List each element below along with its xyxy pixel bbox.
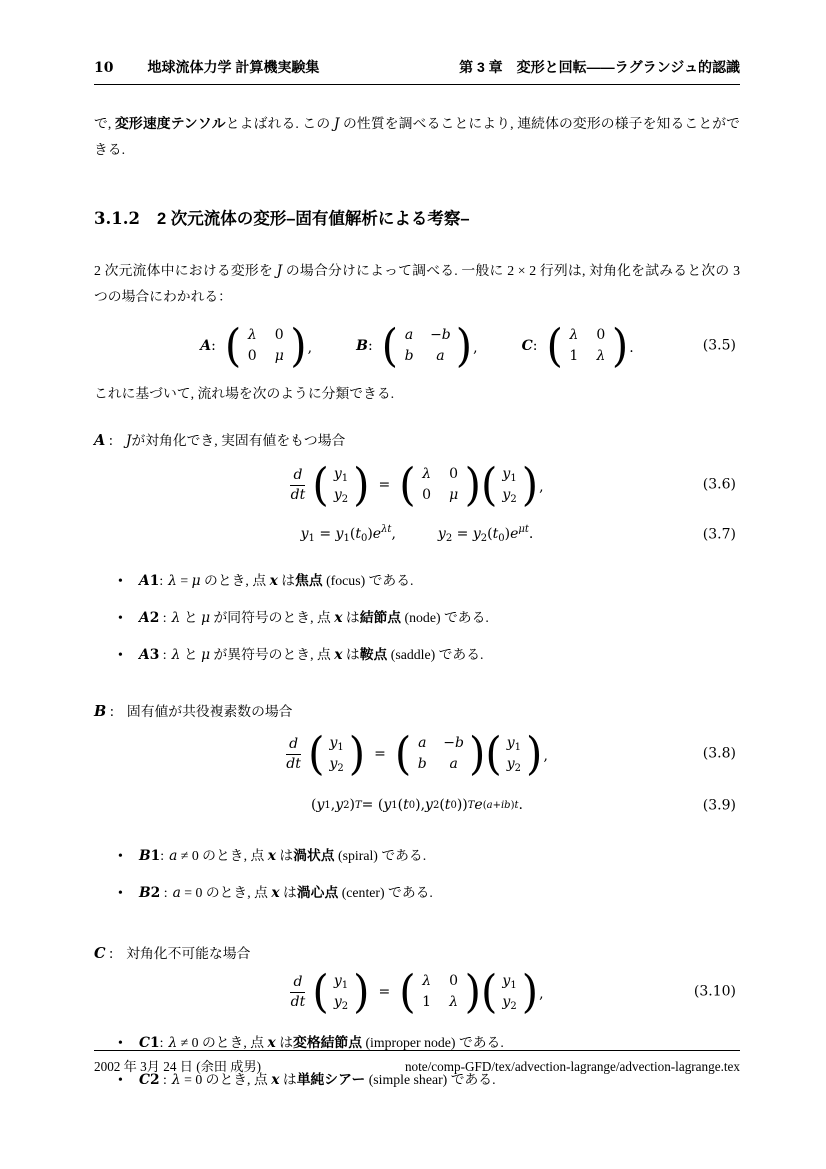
left-paren: ( [481,970,497,1015]
left-paren: ( [308,732,324,777]
equation-3-8: d dt ( y1 y2 ) = ( a −b b a ) [94,733,740,775]
bullet-text: λ と μ が異符号のとき, 点 x は鞍点 (saddle) である. [172,647,484,662]
matrix-cell: a [430,348,451,365]
vector-cell: y1 [502,466,516,483]
right-paren: ) [465,970,481,1015]
time-derivative: d dt [286,736,301,773]
time-derivative: d dt [290,974,305,1011]
left-paren: ( [395,732,411,777]
bullet-label: A1: [139,573,163,588]
right-paren: ) [353,970,369,1015]
matrix-label: C: [522,334,538,359]
matrix-cell: 0 [273,327,285,344]
state-vector: ( y1 y2 ) [312,464,369,506]
case-a-label: A : [94,433,113,449]
matrix-cell: b [416,756,428,773]
matrix-cell: 0 [448,466,460,483]
coefficient-matrix: ( λ 0 0 μ ) [399,464,481,506]
state-vector: ( y1 y2 ) [308,733,365,775]
matrix-case-b: B: ( a −b b a ) , [356,325,478,367]
state-vector: ( y1 y2 ) [481,971,538,1013]
matrix-cell: 1 [568,348,580,365]
matrix-case-a: A: ( λ 0 0 μ ) , [200,325,312,367]
vector-cells: y1 y2 [502,973,516,1011]
bullet-list-b: • B1:a ≠ 0 のとき, 点 x は渦状点 (spiral) である. •… [94,844,740,905]
bullet-marker: • [118,844,139,868]
case-c-description: 対角化不可能な場合 [126,946,250,961]
matrix-cell: 0 [595,327,607,344]
left-paren: ( [312,970,328,1015]
equation-3-7: y1 = y1(t0)eλt, y2 = y2(t0)eμt. (3.7) [94,522,740,547]
matrix-cell: a [416,735,428,752]
right-paren: ) [349,732,365,777]
equation-number: (3.10) [694,980,736,1005]
page-header: 10 地球流体力学 計算機実験集 第 3 章 変形と回転——ラグランジュ的認識 [94,58,740,77]
matrix-cell: λ [568,327,580,344]
matrix-cell: a [403,327,415,344]
equation-body: y1 = y1(t0)eλt, y2 = y2(t0)eμt. [301,522,534,547]
right-paren: ) [469,732,485,777]
bullet-marker: • [118,569,139,593]
punctuation: , [539,982,543,1013]
state-vector: ( y1 y2 ) [485,733,542,775]
matrix-cell: −b [443,735,464,752]
case-a-description: Jが対角化でき, 実固有値をもつ場合 [126,433,345,448]
matrix-cells: λ 0 0 μ [421,466,460,504]
vector-cells: y1 y2 [334,466,348,504]
matrix-cells: a −b b a [416,735,464,773]
equation-3-10: d dt ( y1 y2 ) = ( λ 0 1 λ ) [94,971,740,1013]
matrix-cell: 0 [448,973,460,990]
equation-number: (3.9) [703,793,736,818]
fraction-denominator: dt [291,993,306,1011]
equation-number: (3.6) [703,473,736,498]
bullet-text: λ = μ のとき, 点 x は焦点 (focus) である. [168,573,413,588]
equation-body: (y1, y2)T = (y1(t0), y2(t0))Te(a+ib)t. [311,793,523,818]
right-paren: ) [522,463,538,508]
equation-body: A: ( λ 0 0 μ ) , B: ( [200,325,633,367]
vector-cell: y2 [502,487,516,504]
right-paren: ) [612,324,628,369]
matrix-cell: λ [421,466,433,483]
vector-cell: y2 [334,487,348,504]
state-vector: ( y1 y2 ) [481,464,538,506]
matrix-cell: λ [595,348,607,365]
bullet-label: A3 : [139,647,167,662]
bullet-item-b1: • B1:a ≠ 0 のとき, 点 x は渦状点 (spiral) である. [94,844,740,868]
header-rule [94,84,740,85]
equation-number: (3.5) [703,334,736,359]
matrix-cell: μ [448,487,460,504]
classification-paragraph: 2 次元流体中における変形を J の場合分けによって調べる. 一般に 2 × 2… [94,258,740,309]
vector-cell: y2 [329,756,343,773]
section-number: 3.1.2 [94,206,140,231]
state-vector: ( y1 y2 ) [312,971,369,1013]
matrix-cell: λ [246,327,258,344]
matrix-cell: λ [448,994,460,1011]
vector-cell: y2 [502,994,516,1011]
fraction-denominator: dt [286,755,301,773]
vector-cell: y1 [507,735,521,752]
footer-file-path: note/comp-GFD/tex/advection-lagrange/adv… [405,1058,740,1076]
matrix-cell: b [403,348,415,365]
solution-y1: y1 = y1(t0)eλt, [301,522,396,547]
bullet-item-a3: • A3 :λ と μ が異符号のとき, 点 x は鞍点 (saddle) であ… [94,643,740,667]
footer-date: 2002 年 3月 24 日 (余田 成男) [94,1058,261,1076]
matrix: ( a −b b a ) [382,325,472,367]
matrix-cell: 1 [421,994,433,1011]
equation-body: d dt ( y1 y2 ) = ( λ 0 1 λ ) [290,971,543,1013]
bullet-list-a: • A1:λ = μ のとき, 点 x は焦点 (focus) である. • A… [94,569,740,667]
document-page: 10 地球流体力学 計算機実験集 第 3 章 変形と回転——ラグランジュ的認識 … [0,0,826,1169]
punctuation: , [543,744,547,775]
coefficient-matrix: ( λ 0 1 λ ) [399,971,481,1013]
solution-y2: y2 = y2(t0)eμt. [438,522,533,547]
matrix-cell: 0 [421,487,433,504]
bullet-item-a1: • A1:λ = μ のとき, 点 x は焦点 (focus) である. [94,569,740,593]
equals-sign: = [379,473,391,498]
vector-cell: y1 [334,466,348,483]
bullet-label: B1: [139,848,164,863]
matrix: ( λ 0 0 μ ) [225,325,307,367]
right-paren: ) [526,732,542,777]
case-b-heading: B :固有値が共役複素数の場合 [94,699,740,725]
bullet-text: a = 0 のとき, 点 x は渦心点 (center) である. [173,885,433,900]
case-b-label: B : [94,704,114,720]
left-paren: ( [225,324,241,369]
vector-cells: y1 y2 [329,735,343,773]
matrix-label: A: [200,334,216,359]
fraction-denominator: dt [291,486,306,504]
left-paren: ( [546,324,562,369]
equation-number: (3.7) [703,522,736,547]
equation-3-6: d dt ( y1 y2 ) = ( λ 0 0 μ ) [94,464,740,506]
case-b-description: 固有値が共役複素数の場合 [127,704,293,719]
bullet-marker: • [118,643,139,667]
book-title: 地球流体力学 計算機実験集 [147,58,319,76]
case-a-heading: A :Jが対角化でき, 実固有値をもつ場合 [94,428,740,454]
header-left: 10 地球流体力学 計算機実験集 [94,58,319,77]
left-paren: ( [382,324,398,369]
right-paren: ) [522,970,538,1015]
matrix-cell: 0 [246,348,258,365]
matrix-cells: λ 0 1 λ [421,973,460,1011]
left-paren: ( [485,732,501,777]
vector-cell: y2 [334,994,348,1011]
matrix: ( λ 0 1 λ ) [546,325,628,367]
punctuation: , [539,475,543,506]
bullet-marker: • [118,881,139,905]
coefficient-matrix: ( a −b b a ) [395,733,485,775]
basis-paragraph: これに基づいて, 流れ場を次のように分類できる. [94,381,740,406]
vector-cell: y1 [334,973,348,990]
right-paren: ) [290,324,306,369]
matrix-cells: λ 0 0 μ [246,327,285,365]
vector-cells: y1 y2 [507,735,521,773]
matrix-case-c: C: ( λ 0 1 λ ) . [522,325,634,367]
time-derivative: d dt [290,467,305,504]
matrix-cells: a −b b a [403,327,451,365]
right-paren: ) [456,324,472,369]
case-c-label: C : [94,946,113,962]
matrix-cells: λ 0 1 λ [568,327,607,365]
bullet-label: B2 : [139,885,168,900]
vector-cells: y1 y2 [502,466,516,504]
section-heading: 3.1.2 2 次元流体の変形–固有値解析による考察– [94,206,740,232]
vector-cell: y1 [502,973,516,990]
bullet-label: C1: [139,1035,163,1050]
equation-body: d dt ( y1 y2 ) = ( a −b b a ) [286,733,548,775]
right-paren: ) [353,463,369,508]
equation-3-9: (y1, y2)T = (y1(t0), y2(t0))Te(a+ib)t. (… [94,793,740,818]
page-footer: 2002 年 3月 24 日 (余田 成男) note/comp-GFD/tex… [94,1050,740,1076]
punctuation: . [629,336,633,367]
vector-cell: y1 [329,735,343,752]
fraction-numerator: d [286,736,301,755]
equation-number: (3.8) [703,742,736,767]
bullet-text: λ と μ が同符号のとき, 点 x は結節点 (node) である. [172,610,489,625]
matrix-cell: a [443,756,464,773]
equals-sign: = [374,742,386,767]
bullet-label: A2 : [139,610,167,625]
bullet-text: λ ≠ 0 のとき, 点 x は変格結節点 (improper node) であ… [168,1035,503,1050]
left-paren: ( [312,463,328,508]
chapter-title: 第 3 章 変形と回転——ラグランジュ的認識 [459,58,740,76]
bullet-item-b2: • B2 :a = 0 のとき, 点 x は渦心点 (center) である. [94,881,740,905]
equals-sign: = [379,980,391,1005]
fraction-numerator: d [290,467,305,486]
left-paren: ( [481,463,497,508]
punctuation: , [308,336,312,367]
case-c-heading: C :対角化不可能な場合 [94,941,740,967]
section-title: 2 次元流体の変形–固有値解析による考察– [157,207,470,232]
equation-3-5: A: ( λ 0 0 μ ) , B: ( [94,325,740,367]
matrix-cell: −b [430,327,451,344]
left-paren: ( [399,970,415,1015]
page-number: 10 [94,59,113,77]
fraction-numerator: d [290,974,305,993]
right-paren: ) [465,463,481,508]
matrix-label: B: [356,334,373,359]
punctuation: , [473,336,477,367]
matrix-cell: λ [421,973,433,990]
bullet-item-a2: • A2 :λ と μ が同符号のとき, 点 x は結節点 (node) である… [94,606,740,630]
equation-body: d dt ( y1 y2 ) = ( λ 0 0 μ ) [290,464,543,506]
matrix-cell: μ [273,348,285,365]
bullet-marker: • [118,606,139,630]
vector-cells: y1 y2 [334,973,348,1011]
left-paren: ( [399,463,415,508]
bullet-text: a ≠ 0 のとき, 点 x は渦状点 (spiral) である. [169,848,426,863]
vector-cell: y2 [507,756,521,773]
intro-paragraph: で, 変形速度テンソルとよばれる. この J の性質を調べることにより, 連続体… [94,111,740,162]
